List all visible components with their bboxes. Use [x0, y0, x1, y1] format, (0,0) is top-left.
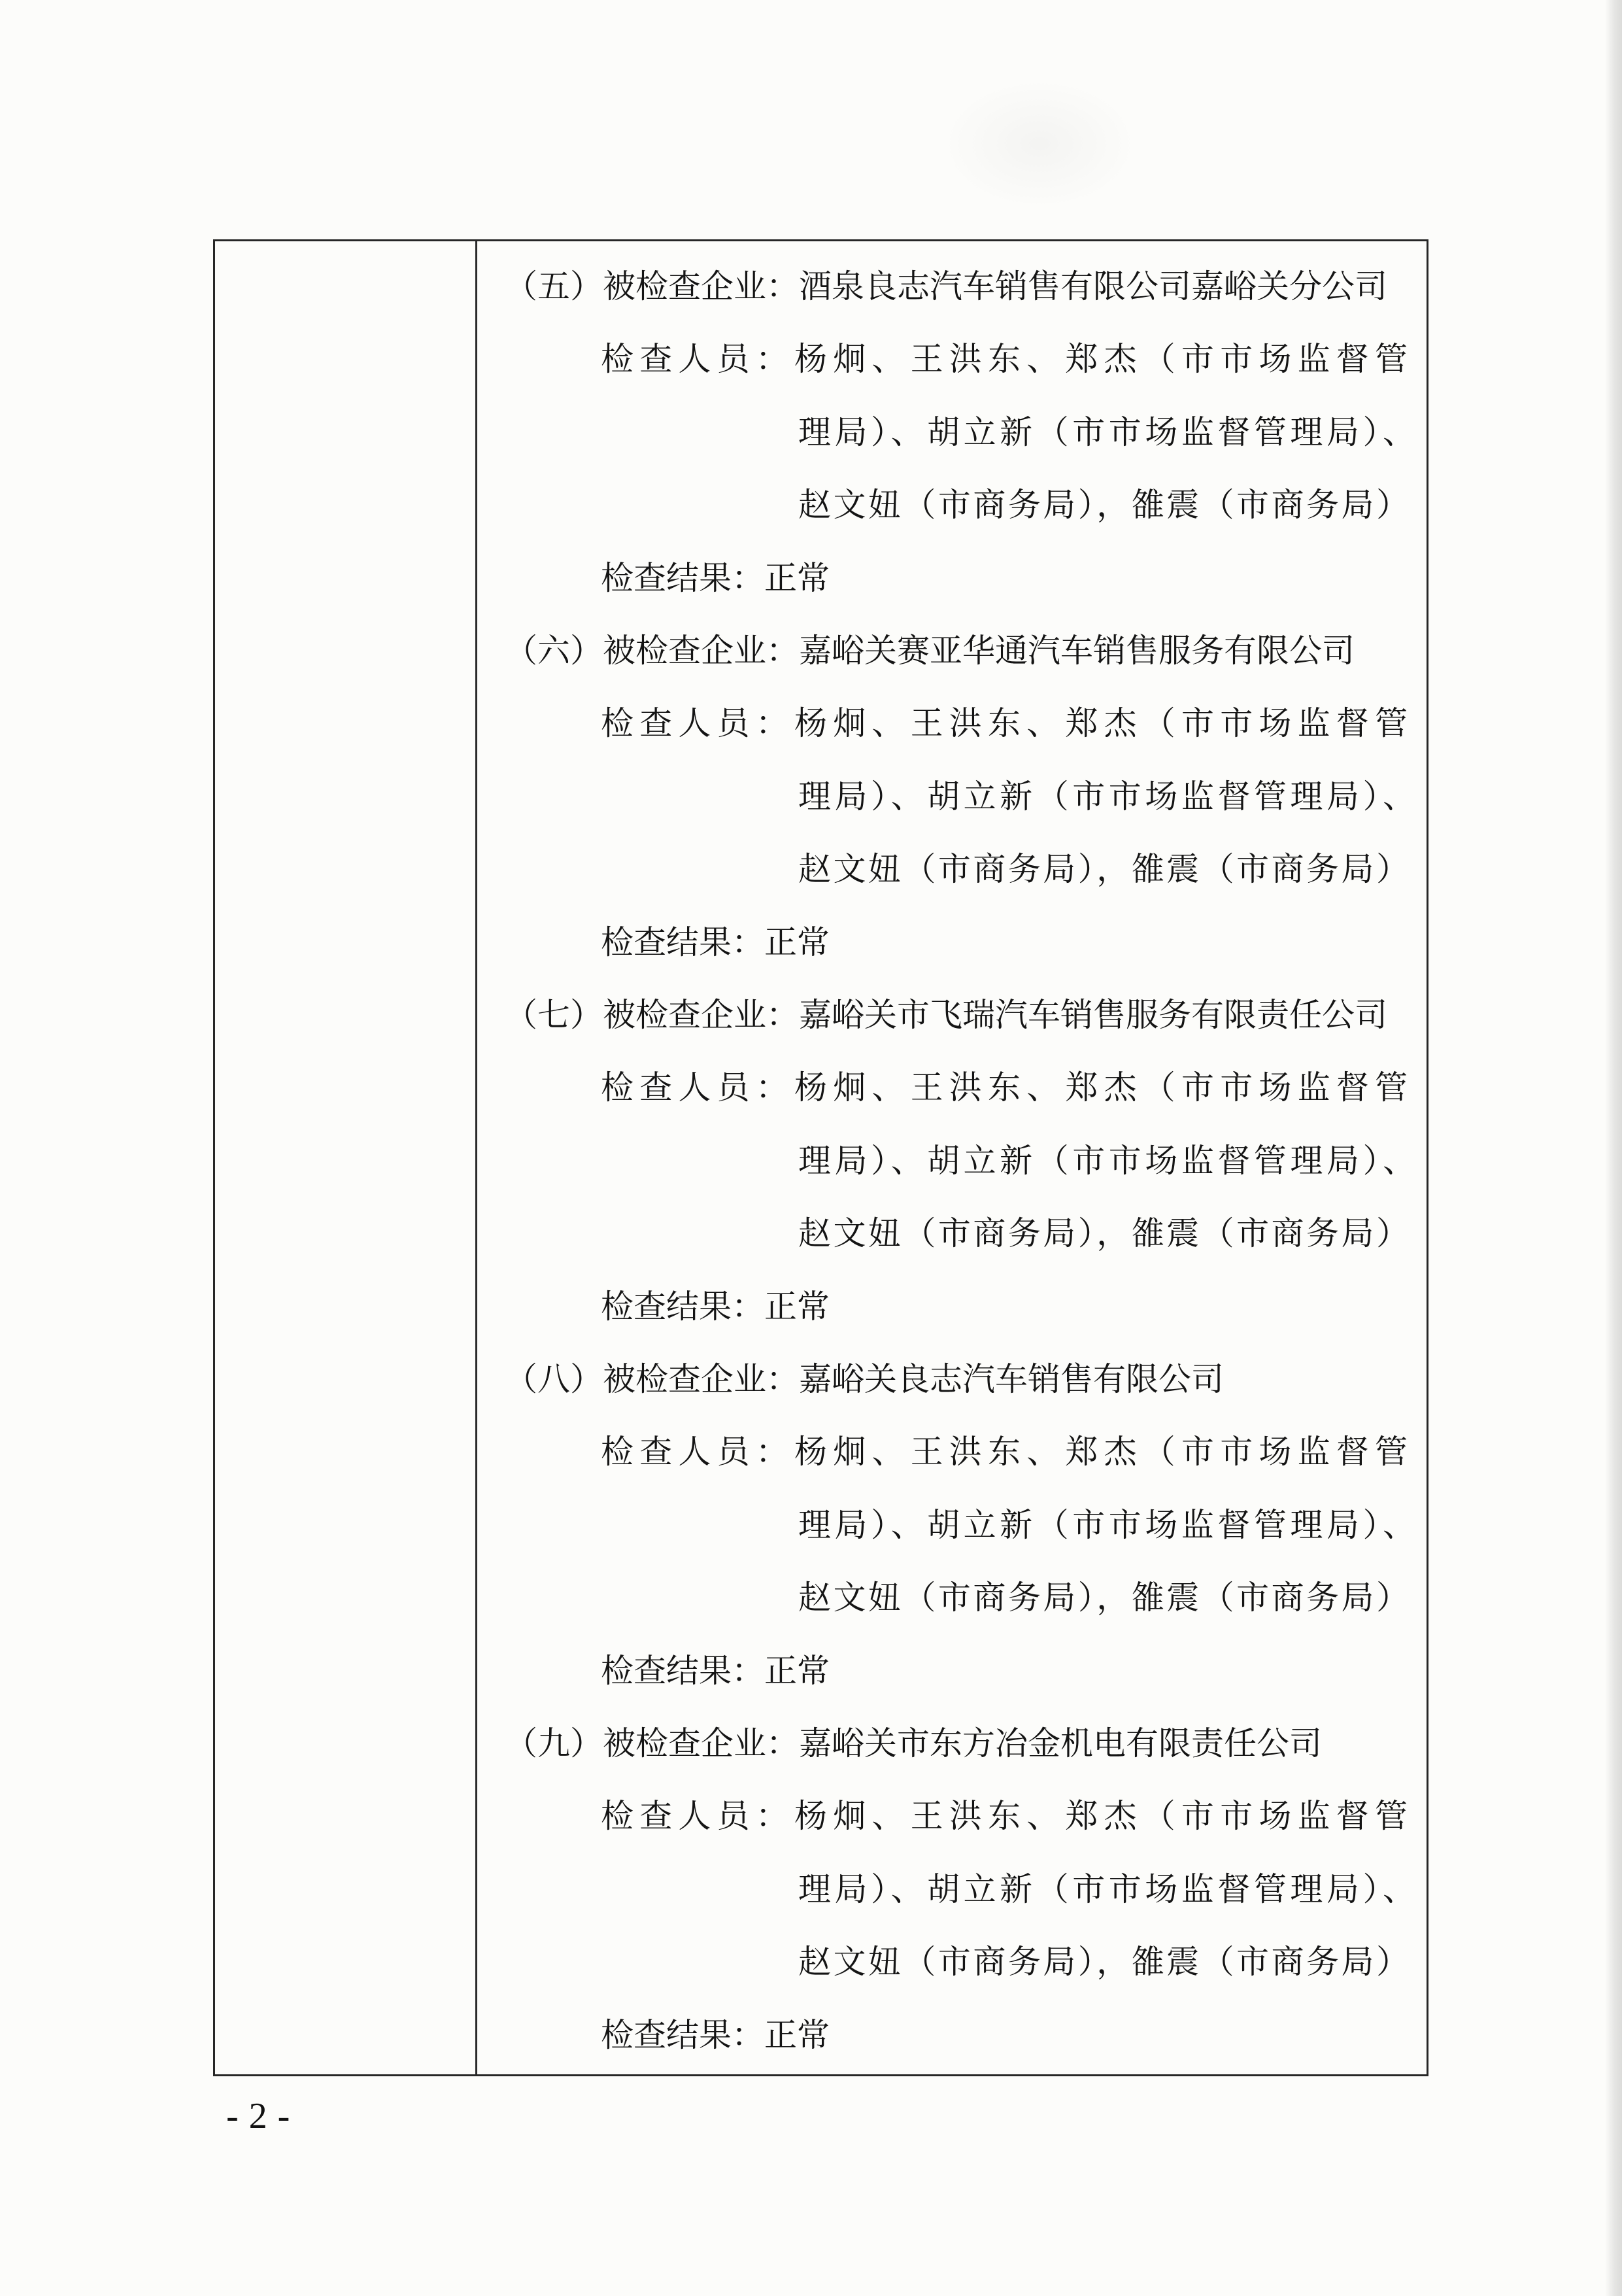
- entry-8-result-line: 检查结果：正常: [601, 1652, 830, 1690]
- entry-9-result-line: 检查结果：正常: [601, 2016, 830, 2054]
- entry-9-company-line: （九）被检查企业：嘉峪关市东方冶金机电有限责任公司: [505, 1724, 1322, 1762]
- page-number: - 2 -: [226, 2097, 290, 2136]
- entry-7-company-line: （七）被检查企业：嘉峪关市飞瑞汽车销售服务有限责任公司: [505, 996, 1387, 1034]
- entry-9-inspectors-line-3: 赵文妞（市商务局），雒震（市商务局）: [798, 1943, 1409, 1981]
- entry-6-result-line: 检查结果：正常: [601, 923, 830, 961]
- entry-8-inspectors-line-2: 理局）、胡立新（市市场监督管理局）、: [798, 1506, 1415, 1544]
- entry-5-inspectors-line-2: 理局）、胡立新（市市场监督管理局）、: [798, 413, 1415, 451]
- scan-smudge: [941, 78, 1138, 209]
- entry-7-inspectors-line-3: 赵文妞（市商务局），雒震（市商务局）: [798, 1214, 1409, 1252]
- entry-5-company-line: （五）被检查企业：酒泉良志汽车销售有限公司嘉峪关分公司: [505, 267, 1387, 305]
- entry-6-company-line: （六）被检查企业：嘉峪关赛亚华通汽车销售服务有限公司: [505, 632, 1355, 670]
- document-page: - 2 - （五）被检查企业：酒泉良志汽车销售有限公司嘉峪关分公司检查人员：杨炯…: [0, 0, 1622, 2296]
- entry-6-inspectors-line-3: 赵文妞（市商务局），雒震（市商务局）: [798, 850, 1409, 888]
- entry-6-inspectors-line-1: 检查人员：杨炯、王洪东、郑杰（市市场监督管: [601, 704, 1408, 742]
- table-column-divider: [475, 241, 477, 2074]
- entry-5-inspectors-line-1: 检查人员：杨炯、王洪东、郑杰（市市场监督管: [601, 340, 1408, 378]
- entry-5-result-line: 检查结果：正常: [601, 559, 830, 597]
- entry-9-inspectors-line-2: 理局）、胡立新（市市场监督管理局）、: [798, 1870, 1415, 1908]
- entry-6-inspectors-line-2: 理局）、胡立新（市市场监督管理局）、: [798, 778, 1415, 815]
- entry-7-result-line: 检查结果：正常: [601, 1288, 830, 1326]
- entry-8-inspectors-line-3: 赵文妞（市商务局），雒震（市商务局）: [798, 1579, 1409, 1617]
- entry-8-company-line: （八）被检查企业：嘉峪关良志汽车销售有限公司: [505, 1360, 1224, 1398]
- entry-5-inspectors-line-3: 赵文妞（市商务局），雒震（市商务局）: [798, 486, 1409, 524]
- entry-8-inspectors-line-1: 检查人员：杨炯、王洪东、郑杰（市市场监督管: [601, 1433, 1408, 1471]
- entry-7-inspectors-line-2: 理局）、胡立新（市市场监督管理局）、: [798, 1142, 1415, 1180]
- entry-7-inspectors-line-1: 检查人员：杨炯、王洪东、郑杰（市市场监督管: [601, 1069, 1408, 1106]
- scan-edge-shadow: [1605, 0, 1622, 2296]
- entry-9-inspectors-line-1: 检查人员：杨炯、王洪东、郑杰（市市场监督管: [601, 1797, 1408, 1835]
